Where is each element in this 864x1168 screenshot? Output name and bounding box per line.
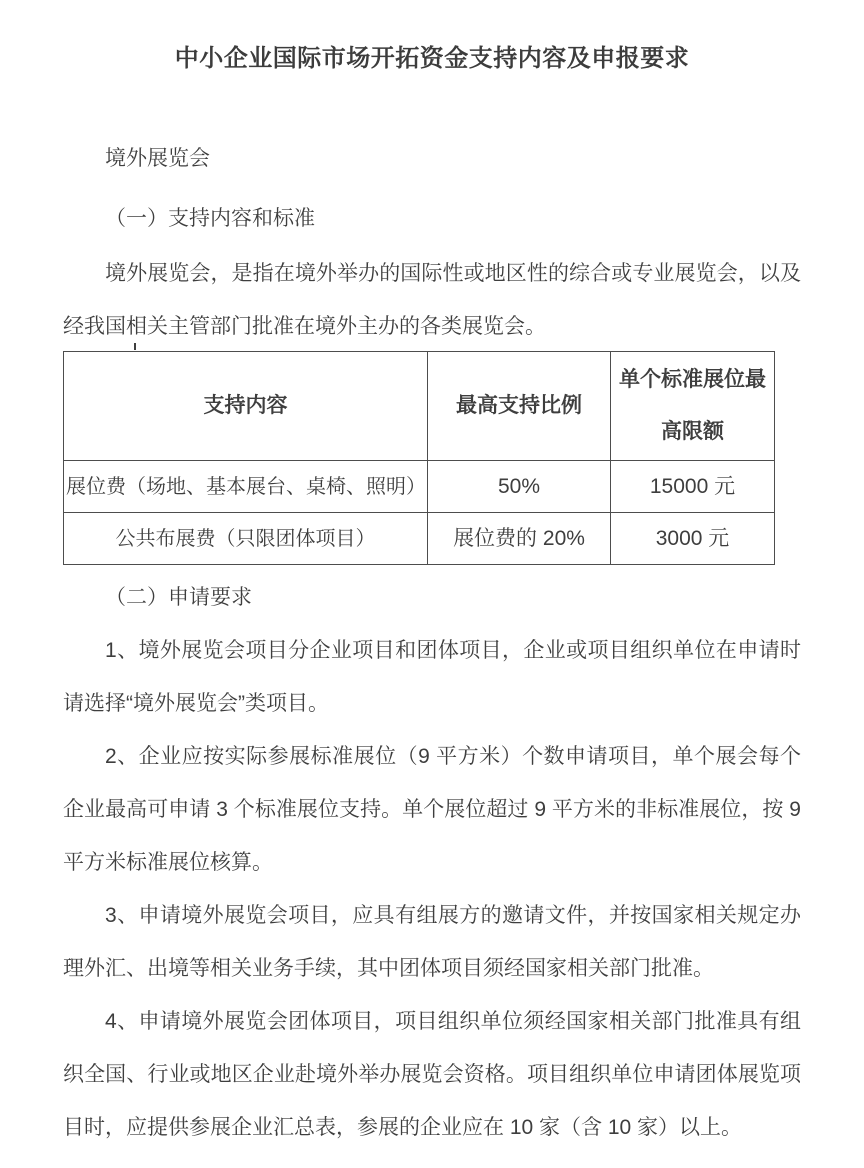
support-table: 支持内容 最高支持比例 单个标准展位最高限额 展位费（场地、基本展台、桌椅、照明… xyxy=(63,351,775,565)
table-header-max-ratio: 最高支持比例 xyxy=(428,352,611,461)
support-table-header: 支持内容 最高支持比例 单个标准展位最高限额 xyxy=(64,352,775,461)
requirement-item-3: 3、申请境外展览会项目，应具有组展方的邀请文件，并按国家相关规定办理外汇、出境等… xyxy=(63,889,801,995)
requirement-item-1: 1、境外展览会项目分企业项目和团体项目，企业或项目组织单位在申请时请选择“境外展… xyxy=(63,624,801,730)
document-title: 中小企业国际市场开拓资金支持内容及申报要求 xyxy=(63,42,801,75)
requirement-item-4: 4、申请境外展览会团体项目，项目组织单位须经国家相关部门批准具有组织全国、行业或… xyxy=(63,995,801,1154)
cell-public-display-item: 公共布展费（只限团体项目） xyxy=(64,513,428,565)
table-header-row: 支持内容 最高支持比例 单个标准展位最高限额 xyxy=(64,352,775,461)
document-page: 中小企业国际市场开拓资金支持内容及申报要求 境外展览会 （一）支持内容和标准 境… xyxy=(0,0,864,1168)
subsection-2-heading: （二）申请要求 xyxy=(63,571,801,624)
support-table-body: 展位费（场地、基本展台、桌椅、照明） 50% 15000 元 公共布展费（只限团… xyxy=(64,461,775,565)
intro-paragraph: 境外展览会，是指在境外举办的国际性或地区性的综合或专业展览会，以及经我国相关主管… xyxy=(63,247,801,353)
requirement-item-2: 2、企业应按实际参展标准展位（9 平方米）个数申请项目，单个展会每个企业最高可申… xyxy=(63,730,801,889)
table-header-support-content: 支持内容 xyxy=(64,352,428,461)
table-row-public-display-fee: 公共布展费（只限团体项目） 展位费的 20% 3000 元 xyxy=(64,513,775,565)
cell-booth-fee-limit: 15000 元 xyxy=(611,461,775,513)
table-row-booth-fee: 展位费（场地、基本展台、桌椅、照明） 50% 15000 元 xyxy=(64,461,775,513)
section-heading-overseas-exhibition: 境外展览会 xyxy=(63,132,801,185)
subsection-1-heading: （一）支持内容和标准 xyxy=(63,192,801,245)
scan-artifact-mark xyxy=(134,343,136,350)
cell-booth-fee-item: 展位费（场地、基本展台、桌椅、照明） xyxy=(64,461,428,513)
cell-public-display-limit: 3000 元 xyxy=(611,513,775,565)
requirements-list: 1、境外展览会项目分企业项目和团体项目，企业或项目组织单位在申请时请选择“境外展… xyxy=(63,624,801,1154)
cell-public-display-ratio: 展位费的 20% xyxy=(428,513,611,565)
cell-booth-fee-ratio: 50% xyxy=(428,461,611,513)
table-header-max-limit: 单个标准展位最高限额 xyxy=(611,352,775,461)
